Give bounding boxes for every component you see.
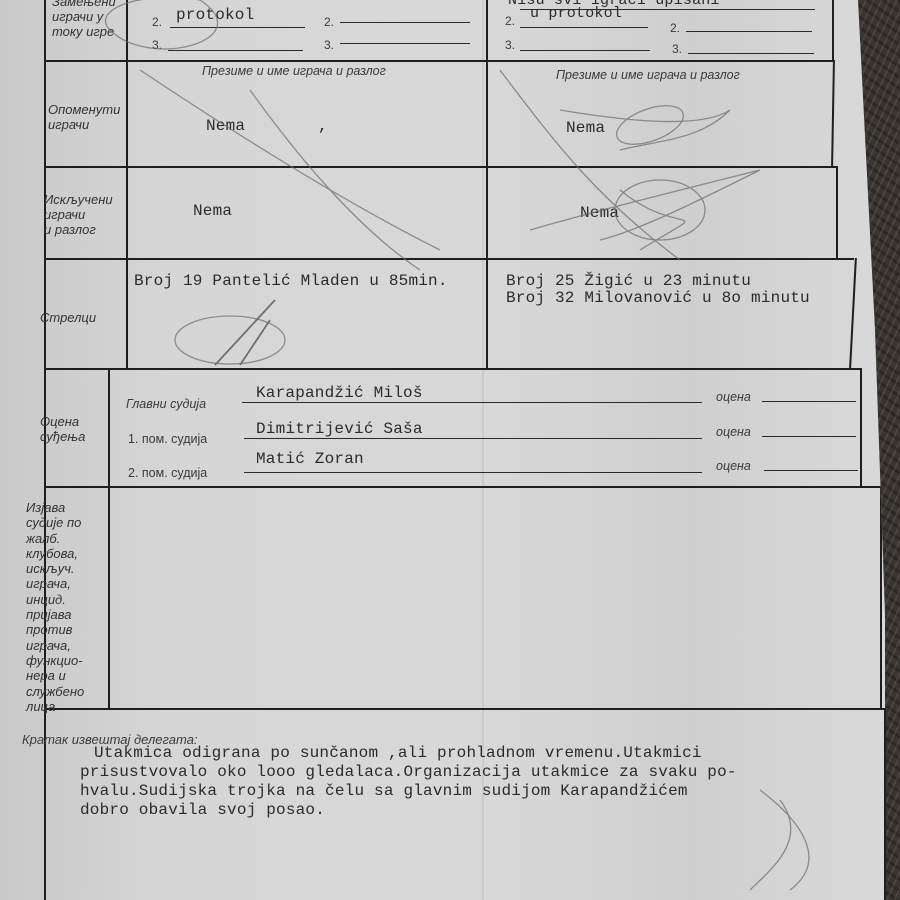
team-column-divider: [486, 0, 488, 368]
assistant1-name: Dimitrijević Saša: [256, 420, 423, 438]
main-referee-grade-label: оцена: [716, 390, 751, 404]
sub-away-line-3: [520, 50, 650, 51]
sub-home-line-3: [168, 50, 303, 51]
sub-away-line-2: [520, 27, 648, 28]
main-referee-role: Главни судија: [126, 397, 206, 411]
frame-right-1: [831, 60, 835, 168]
sub-away-num-2: 2.: [505, 14, 515, 28]
row-rule-1: [44, 60, 834, 62]
scorer-away-1: Broj 25 Žigić u 23 minutu: [506, 272, 751, 290]
label-column-divider-top: [126, 0, 128, 370]
sub-home2-line-3: [340, 43, 470, 44]
frame-right-3: [849, 258, 857, 368]
scorer-away-2: Broj 32 Milovanović u 8o minutu: [506, 289, 810, 307]
row-rule-6: [44, 708, 886, 710]
scorers-label: Стрелци: [40, 310, 96, 325]
delegate-report-line-3: hvalu.Sudijska trojka na čelu sa glavnim…: [80, 782, 688, 800]
label-column-divider-bottom: [108, 370, 110, 710]
sub-home-num-3: 3.: [152, 38, 162, 52]
frame-right-4: [860, 368, 862, 488]
main-referee-name: Karapandžić Miloš: [256, 384, 423, 402]
substitutes-label: Замењени играчи у току игре: [52, 0, 116, 39]
assistant2-name: Matić Zoran: [256, 450, 364, 468]
row-rule-4: [44, 368, 862, 370]
sub-away2-num-2: 2.: [670, 21, 680, 35]
delegate-report-line-2: prisustvovalo oko looo gledalaca.Organiz…: [80, 763, 737, 781]
referee-statement-label: Изјава судије по жалб. клубова, искључ. …: [26, 500, 84, 714]
frame-right-5: [880, 488, 882, 708]
sub-home-num-2: 2.: [152, 15, 162, 29]
sub-away2-num-3: 3.: [672, 42, 682, 56]
cautioned-home-value: Nema: [206, 117, 245, 135]
sub-away2-line-3: [688, 53, 814, 54]
cautioned-home-mark: ,: [318, 117, 328, 135]
delegate-report-line-4: dobro obavila svoj posao.: [80, 801, 325, 819]
frame-right-6: [884, 708, 886, 900]
frame-left: [44, 0, 46, 900]
sent-off-away-value: Nema: [580, 204, 619, 222]
assistant2-grade-field[interactable]: [764, 470, 858, 471]
assistant2-grade-label: оцена: [716, 459, 751, 473]
frame-right-2: [836, 166, 838, 258]
referee-rating-label: Оцена суђења: [40, 414, 85, 444]
cautioned-away-value: Nema: [566, 119, 605, 137]
sub-home2-line-2: [340, 22, 470, 23]
away-column-header: Презиме и име играча и разлог: [556, 68, 740, 82]
sub-home2-num-2: 2.: [324, 15, 334, 29]
sub-home2-num-3: 3.: [324, 38, 334, 52]
home-column-header: Презиме и име играча и разлог: [202, 64, 386, 78]
assistant2-line: [244, 472, 702, 473]
assistant1-role: 1. пом. судија: [128, 432, 207, 446]
cautioned-label: Опоменути играчи: [48, 102, 120, 132]
frame-right-top: [832, 0, 834, 62]
delegate-report-line-1: Utakmica odigrana po sunčanom ,ali prohl…: [94, 744, 702, 762]
referee-statement-field[interactable]: [112, 500, 872, 700]
sub-home-line-2: [170, 27, 305, 28]
assistant2-role: 2. пом. судија: [128, 466, 207, 480]
sub-away2-line-2: [686, 31, 812, 32]
scorer-home-1: Broj 19 Pantelić Mladen u 85min.: [134, 272, 448, 290]
sub-home-entry-2: protokol: [176, 6, 254, 24]
sub-away-num-3: 3.: [505, 38, 515, 52]
row-rule-2: [44, 166, 836, 168]
main-referee-line: [242, 402, 702, 403]
row-rule-3: [44, 258, 854, 260]
match-report-form: Замењени играчи у току игре 2. protokol …: [0, 0, 885, 900]
sub-away-note-2: u protokol: [530, 5, 622, 22]
main-referee-grade-field[interactable]: [762, 401, 856, 402]
sent-off-home-value: Nema: [193, 202, 232, 220]
assistant1-grade-field[interactable]: [762, 436, 856, 437]
assistant1-line: [244, 438, 702, 439]
sent-off-label: Искључени играчи и разлог: [44, 192, 113, 237]
row-rule-5: [44, 486, 882, 488]
assistant1-grade-label: оцена: [716, 425, 751, 439]
